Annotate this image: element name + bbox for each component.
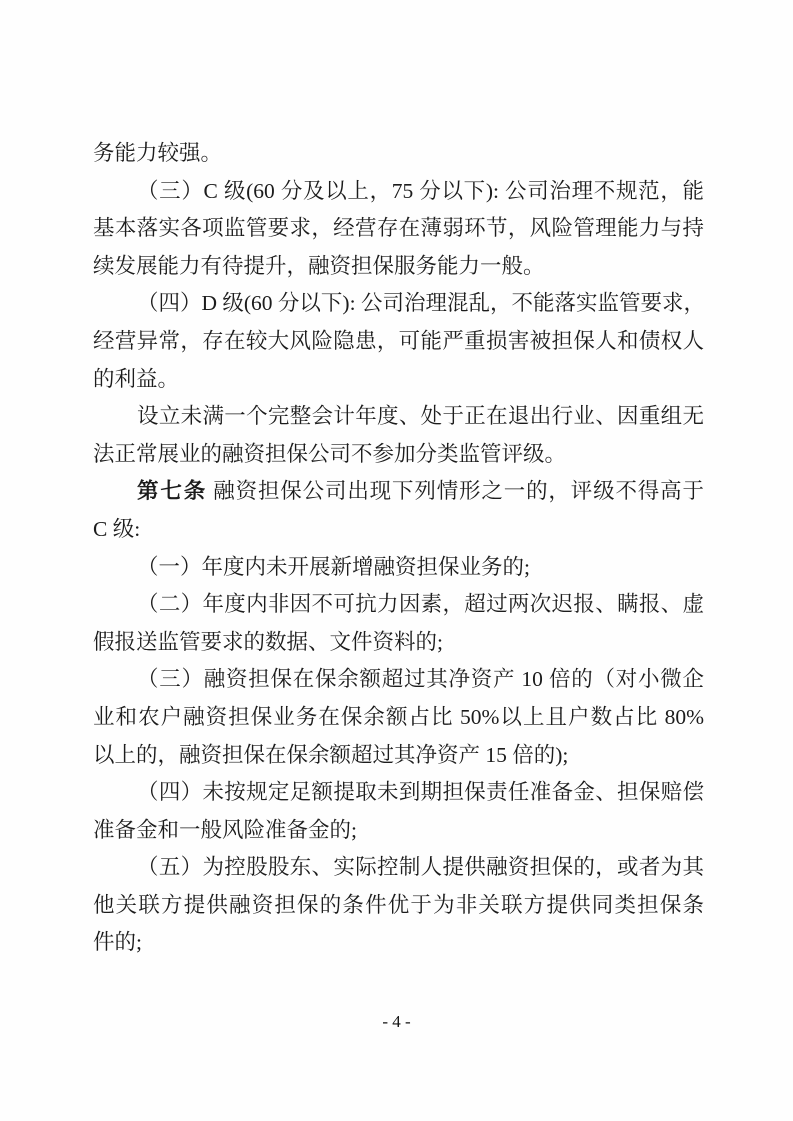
text-line: 基本落实各项监管要求，经营存在薄弱环节，风险管理能力与持 [93, 210, 704, 248]
text-line: 设立未满一个完整会计年度、处于正在退出行业、因重组无 [93, 398, 704, 436]
text-line: 业和农户融资担保业务在保余额占比 50%以上且户数占比 80% [93, 699, 704, 737]
text-line: （三）融资担保在保余额超过其净资产 10 倍的（对小微企 [93, 661, 704, 699]
text-line: （一）年度内未开展新增融资担保业务的; [93, 549, 704, 587]
text-line: 续发展能力有待提升，融资担保服务能力一般。 [93, 248, 704, 286]
page-number: - 4 - [0, 1012, 793, 1032]
article-number-label: 第七条 [137, 479, 207, 503]
text-line: 假报送监管要求的数据、文件资料的; [93, 624, 704, 662]
text-line: 经营异常，存在较大风险隐患，可能严重损害被担保人和债权人 [93, 323, 704, 361]
text-line: 第七条 融资担保公司出现下列情形之一的，评级不得高于 [93, 473, 704, 511]
document-body: 务能力较强。（三）C 级(60 分及以上，75 分以下): 公司治理不规范，能基… [93, 135, 704, 962]
text-line: 以上的，融资担保在保余额超过其净资产 15 倍的); [93, 737, 704, 775]
text-line: （三）C 级(60 分及以上，75 分以下): 公司治理不规范，能 [93, 173, 704, 211]
text-line: （二）年度内非因不可抗力因素，超过两次迟报、瞒报、虚 [93, 586, 704, 624]
text-line: 他关联方提供融资担保的条件优于为非关联方提供同类担保条 [93, 887, 704, 925]
text-line: C 级: [93, 511, 704, 549]
text-line: （五）为控股股东、实际控制人提供融资担保的，或者为其 [93, 849, 704, 887]
text-line: 件的; [93, 924, 704, 962]
text-line: （四）未按规定足额提取未到期担保责任准备金、担保赔偿 [93, 774, 704, 812]
text-line: 的利益。 [93, 361, 704, 399]
text-line: 务能力较强。 [93, 135, 704, 173]
text-line-content: 融资担保公司出现下列情形之一的，评级不得高于 [207, 479, 704, 503]
document-page: 务能力较强。（三）C 级(60 分及以上，75 分以下): 公司治理不规范，能基… [0, 0, 793, 1121]
text-line: 准备金和一般风险准备金的; [93, 812, 704, 850]
text-line: （四）D 级(60 分以下): 公司治理混乱，不能落实监管要求， [93, 285, 704, 323]
text-line: 法正常展业的融资担保公司不参加分类监管评级。 [93, 436, 704, 474]
